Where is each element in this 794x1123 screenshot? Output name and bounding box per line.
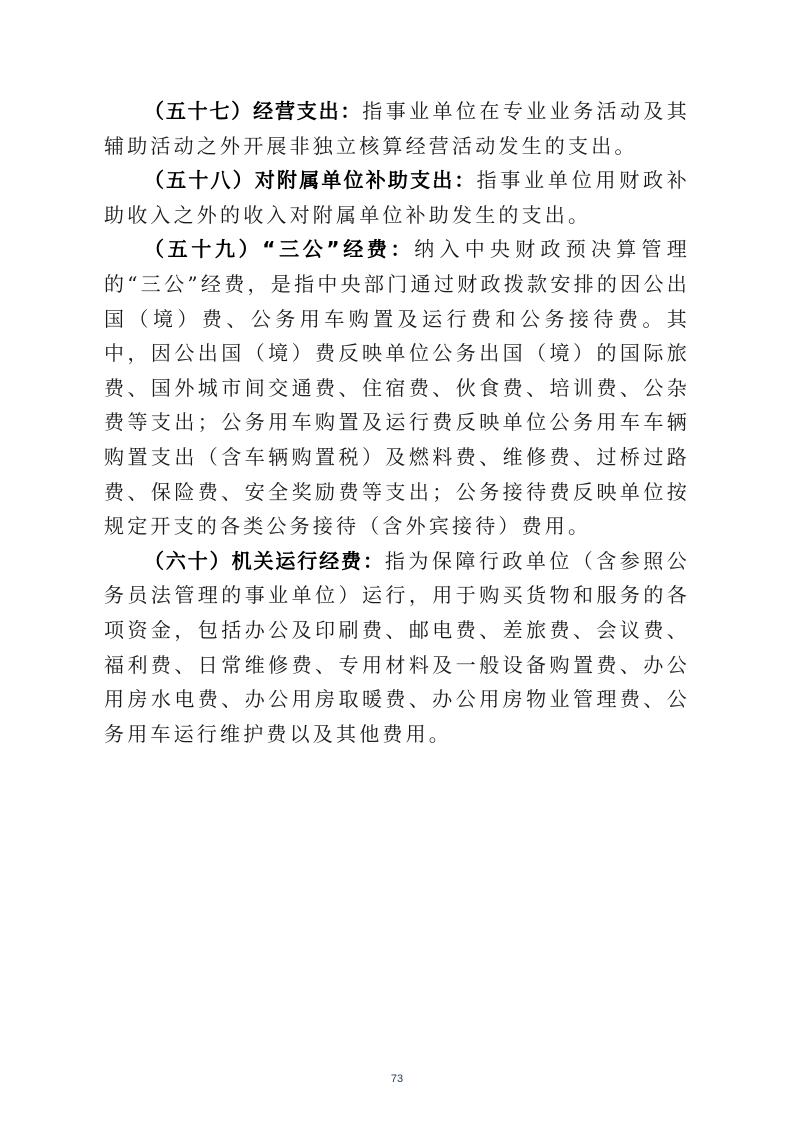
definition-term: （五十九）“三公”经费： bbox=[144, 237, 414, 261]
definition-paragraph-59: （五十九）“三公”经费：纳入中央财政预决算管理的“三公”经费，是指中央部门通过财… bbox=[104, 232, 690, 543]
document-page: （五十七）经营支出：指事业单位在专业业务活动及其辅助活动之外开展非独立核算经营活… bbox=[0, 0, 794, 1123]
definition-paragraph-57: （五十七）经营支出：指事业单位在专业业务活动及其辅助活动之外开展非独立核算经营活… bbox=[104, 94, 690, 163]
definition-text: 指为保障行政单位（含参照公务员法管理的事业单位）运行，用于购买货物和服务的各项资… bbox=[104, 549, 690, 746]
document-body: （五十七）经营支出：指事业单位在专业业务活动及其辅助活动之外开展非独立核算经营活… bbox=[104, 94, 690, 751]
definition-term: （五十八）对附属单位补助支出： bbox=[144, 168, 477, 192]
definition-term: （五十七）经营支出： bbox=[144, 99, 362, 123]
definition-paragraph-58: （五十八）对附属单位补助支出：指事业单位用财政补助收入之外的收入对附属单位补助发… bbox=[104, 163, 690, 232]
page-number: 73 bbox=[0, 1073, 794, 1085]
definition-text: 纳入中央财政预决算管理的“三公”经费，是指中央部门通过财政拨款安排的因公出国（境… bbox=[104, 237, 690, 538]
definition-paragraph-60: （六十）机关运行经费：指为保障行政单位（含参照公务员法管理的事业单位）运行，用于… bbox=[104, 544, 690, 752]
definition-term: （六十）机关运行经费： bbox=[144, 549, 385, 573]
